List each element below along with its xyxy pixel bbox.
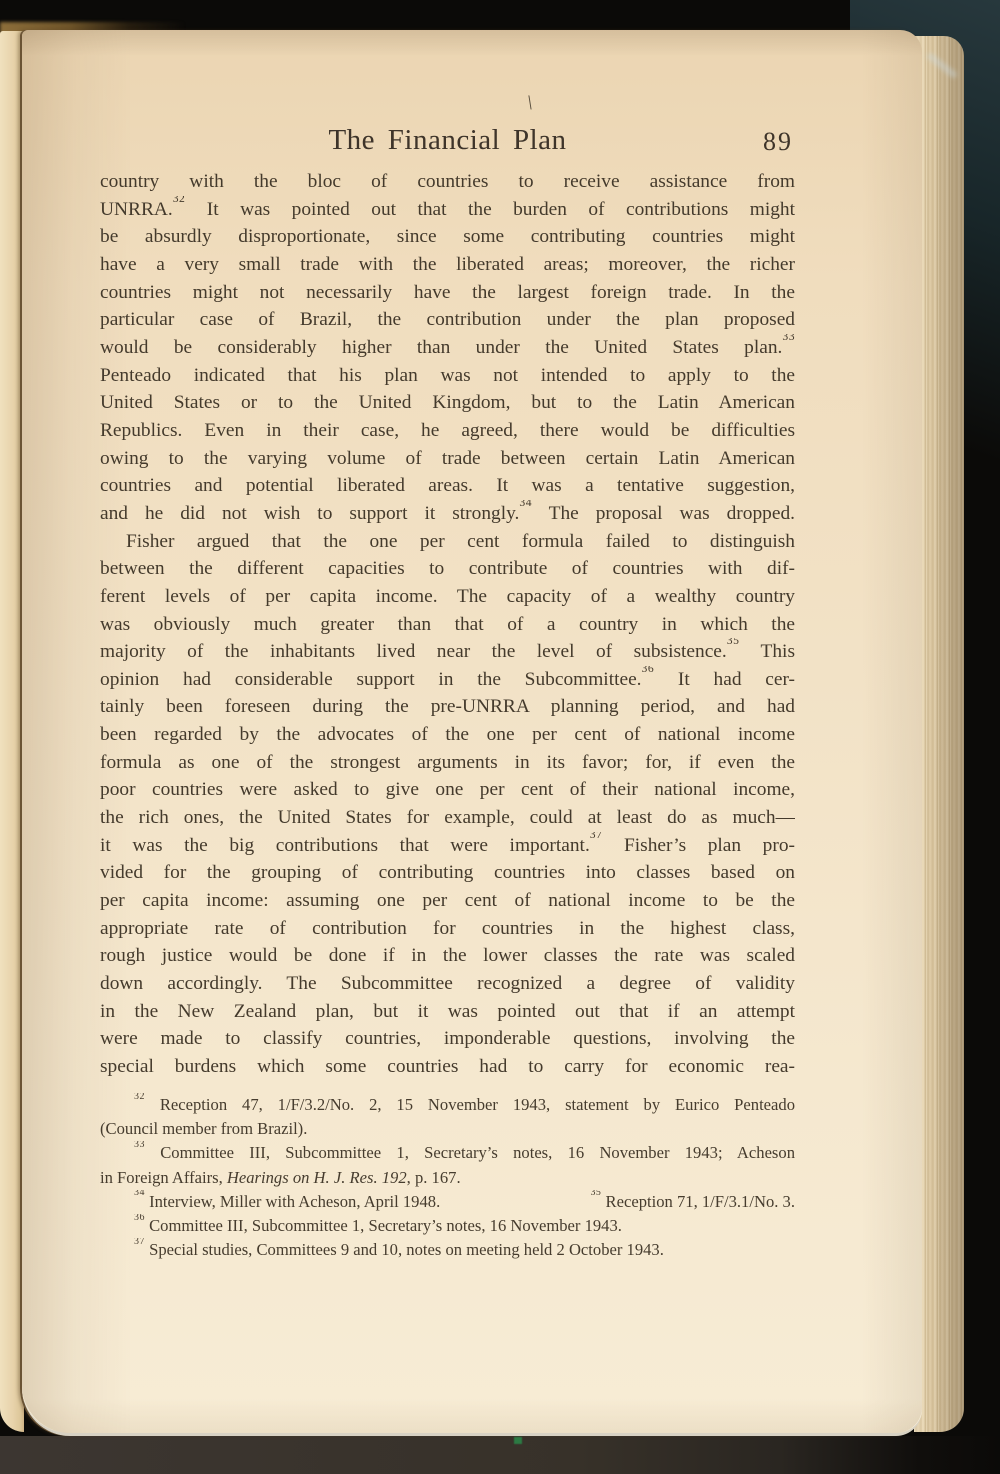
text-line: United States or to the United Kingdom, …: [100, 389, 795, 417]
footnote-marker: 34: [519, 500, 532, 509]
text-line: was obviously much greater than that of …: [100, 611, 795, 639]
stray-mark: \: [525, 92, 534, 116]
text-line: have a very small trade with the liberat…: [100, 251, 795, 279]
footnote-left: 34 Interview, Miller with Acheson, April…: [134, 1190, 440, 1214]
italic-citation: Hearings on H. J. Res. 192: [227, 1168, 407, 1187]
footnote-line: 32 Reception 47, 1/F/3.2/No. 2, 15 Novem…: [100, 1093, 795, 1117]
footnote-marker: 32: [134, 1093, 145, 1102]
text-line: appropriate rate of contribution for cou…: [100, 915, 795, 943]
text-line: in the New Zealand plan, but it was poin…: [100, 998, 795, 1026]
footnote-marker: 36: [642, 666, 655, 675]
footnote-line: 34 Interview, Miller with Acheson, April…: [100, 1190, 795, 1214]
footnote-marker: 37: [134, 1238, 145, 1247]
footnote-marker: 37: [590, 832, 603, 841]
text-line: owing to the varying volume of trade bet…: [100, 445, 795, 473]
text-line: would be considerably higher than under …: [100, 334, 795, 362]
text-line: formula as one of the strongest argument…: [100, 749, 795, 777]
footnote-line: (Council member from Brazil).: [100, 1117, 795, 1141]
text-line: countries and potential liberated areas.…: [100, 472, 795, 500]
text-line: be absurdly disproportionate, since some…: [100, 223, 795, 251]
text-line: opinion had considerable support in the …: [100, 666, 795, 694]
text-line: poor countries were asked to give one pe…: [100, 776, 795, 804]
text-line: it was the big contributions that were i…: [100, 832, 795, 860]
footnotes: 32 Reception 47, 1/F/3.2/No. 2, 15 Novem…: [100, 1093, 795, 1262]
text-line: rough justice would be done if in the lo…: [100, 942, 795, 970]
text-line: country with the bloc of countries to re…: [100, 168, 795, 196]
footnote-right: 35 Reception 71, 1/F/3.1/No. 3.: [590, 1190, 795, 1214]
text-line: and he did not wish to support it strong…: [100, 500, 795, 528]
text-line: between the different capacities to cont…: [100, 555, 795, 583]
text-line: countries might not necessarily have the…: [100, 279, 795, 307]
text-line: down accordingly. The Subcommittee recog…: [100, 970, 795, 998]
page-edge-left: [0, 31, 24, 1432]
text-line: ferent levels of per capita income. The …: [100, 583, 795, 611]
text-line: were made to classify countries, imponde…: [100, 1025, 795, 1053]
text-line: been regarded by the advocates of the on…: [100, 721, 795, 749]
text-line: Fisher argued that the one per cent form…: [100, 528, 795, 556]
footnote-line: 37 Special studies, Committees 9 and 10,…: [100, 1238, 795, 1262]
footnote-marker: 33: [782, 334, 795, 343]
text-line: particular case of Brazil, the contribut…: [100, 306, 795, 334]
footnote-line: in Foreign Affairs, Hearings on H. J. Re…: [100, 1166, 795, 1190]
text-line: per capita income: assuming one per cent…: [100, 887, 795, 915]
footnote-line: 33 Committee III, Subcommittee 1, Secret…: [100, 1141, 795, 1165]
text-line: tainly been foreseen during the pre-UNRR…: [100, 693, 795, 721]
running-head: The Financial Plan 89: [100, 124, 795, 166]
text-line: the rich ones, the United States for exa…: [100, 804, 795, 832]
text-line: special burdens which some countries had…: [100, 1053, 795, 1081]
footnote-marker: 34: [134, 1190, 145, 1199]
text-line: UNRRA.32 It was pointed out that the bur…: [100, 196, 795, 224]
text-line: majority of the inhabitants lived near t…: [100, 638, 795, 666]
green-mark: [514, 1437, 522, 1444]
footnote-marker: 32: [173, 196, 186, 205]
page-number: 89: [763, 127, 793, 157]
footnote-marker: 35: [590, 1190, 601, 1199]
footnote-marker: 33: [134, 1141, 145, 1150]
body-text: country with the bloc of countries to re…: [100, 168, 795, 1081]
table-surface: [0, 1436, 1000, 1474]
text-line: Republics. Even in their case, he agreed…: [100, 417, 795, 445]
book-page: \ The Financial Plan 89 country with the…: [22, 30, 922, 1436]
text-line: vided for the grouping of contributing c…: [100, 859, 795, 887]
book-photo: \ The Financial Plan 89 country with the…: [0, 0, 1000, 1474]
text-line: Penteado indicated that his plan was not…: [100, 362, 795, 390]
page-title: The Financial Plan: [100, 124, 795, 157]
footnote-line: 36 Committee III, Subcommittee 1, Secret…: [100, 1214, 795, 1238]
footnote-marker: 35: [727, 638, 740, 647]
footnote-marker: 36: [134, 1214, 145, 1223]
